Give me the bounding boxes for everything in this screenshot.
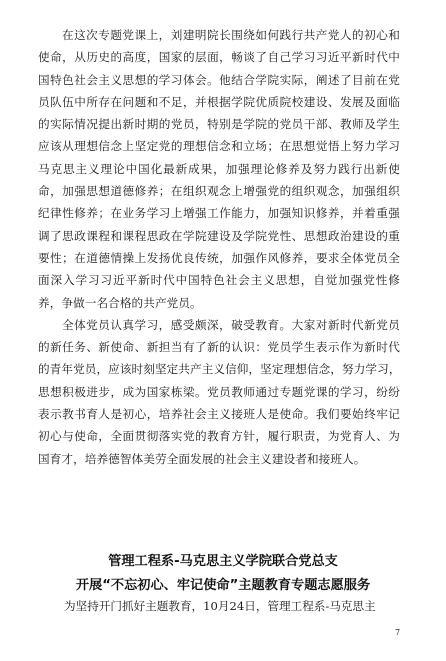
paragraph-line: 员队伍中所存在问题和不足，并根据学院优质院校建设、发展及面临	[38, 91, 400, 113]
paragraph-line: 国特色社会主义思想的学习体会。他结合学院实际，阐述了目前在党	[38, 69, 400, 91]
document-page: 在这次专题党课上，刘建明院长围绕如何践行共产党人的初心和 使命，从历史的高度，国…	[0, 0, 446, 661]
paragraph-line: 面深入学习习近平新时代中国特色社会主义思想，自觉加强党性修	[38, 269, 400, 291]
paragraph-line: 全体党员认真学习，感受颇深，破受教育。大家对新时代新党员	[38, 314, 400, 336]
paragraph-line: 要性；在道德情操上发扬优良传统，加强作风修养，要求全体党员全	[38, 247, 400, 269]
section-intro-text: 为坚持开门抓好主题教育，10月24日，管理工程系-马克思主	[64, 598, 376, 614]
body-text: 在这次专题党课上，刘建明院长围绕如何践行共产党人的初心和 使命，从历史的高度，国…	[38, 24, 400, 470]
paragraph-line: 思想积极进步，成为国家栋梁。党员教师通过专题党课的学习，纷纷	[38, 381, 400, 403]
paragraph-line: 养，争做一名合格的共产党员。	[38, 292, 400, 314]
section-title-line-2: 开展“不忘初心、牢记使命”主题教育专题志愿服务	[0, 574, 446, 593]
paragraph-line: 表示教书育人是初心，培养社会主义接班人是使命。我们要始终牢记	[38, 403, 400, 425]
paragraph-line: 的新任务、新使命、新担当有了新的认识：党员学生表示作为新时代	[38, 336, 400, 358]
paragraph-line: 初心与使命，全面贯彻落实党的教育方针，履行职责，为党育人、为	[38, 425, 400, 447]
paragraph-line: 马克思主义理论中国化最新成果，加强理论修养及努力践行出新使	[38, 158, 400, 180]
paragraph-line: 命，加强思想道德修养；在组织观念上增强党的组织观念，加强组织	[38, 180, 400, 202]
section-title-line-1: 管理工程系-马克思主义学院联合党总支	[0, 550, 446, 569]
paragraph-line: 的青年党员，应该时刻坚定共产主义信仰，坚定理想信念，努力学习，	[38, 358, 400, 380]
paragraph-line: 应该从理想信念上坚定党的理想信念和立场；在思想觉悟上努力学习	[38, 135, 400, 157]
paragraph-line: 在这次专题党课上，刘建明院长围绕如何践行共产党人的初心和	[38, 24, 400, 46]
paragraph-line: 调了思政课程和课程思政在学院建设及学院党性、思想政治建设的重	[38, 225, 400, 247]
page-number: 7	[395, 628, 400, 637]
paragraph-line: 国育才，培养德智体美劳全面发展的社会主义建设者和接班人。	[38, 448, 400, 470]
paragraph-line: 纪律性修养；在业务学习上增强工作能力，加强知识修养，并着重强	[38, 202, 400, 224]
paragraph-line: 的实际情况提出新时期的党员，特别是学院的党员干部、教师及学生	[38, 113, 400, 135]
paragraph-line: 使命，从历史的高度，国家的层面，畅谈了自己学习习近平新时代中	[38, 46, 400, 68]
